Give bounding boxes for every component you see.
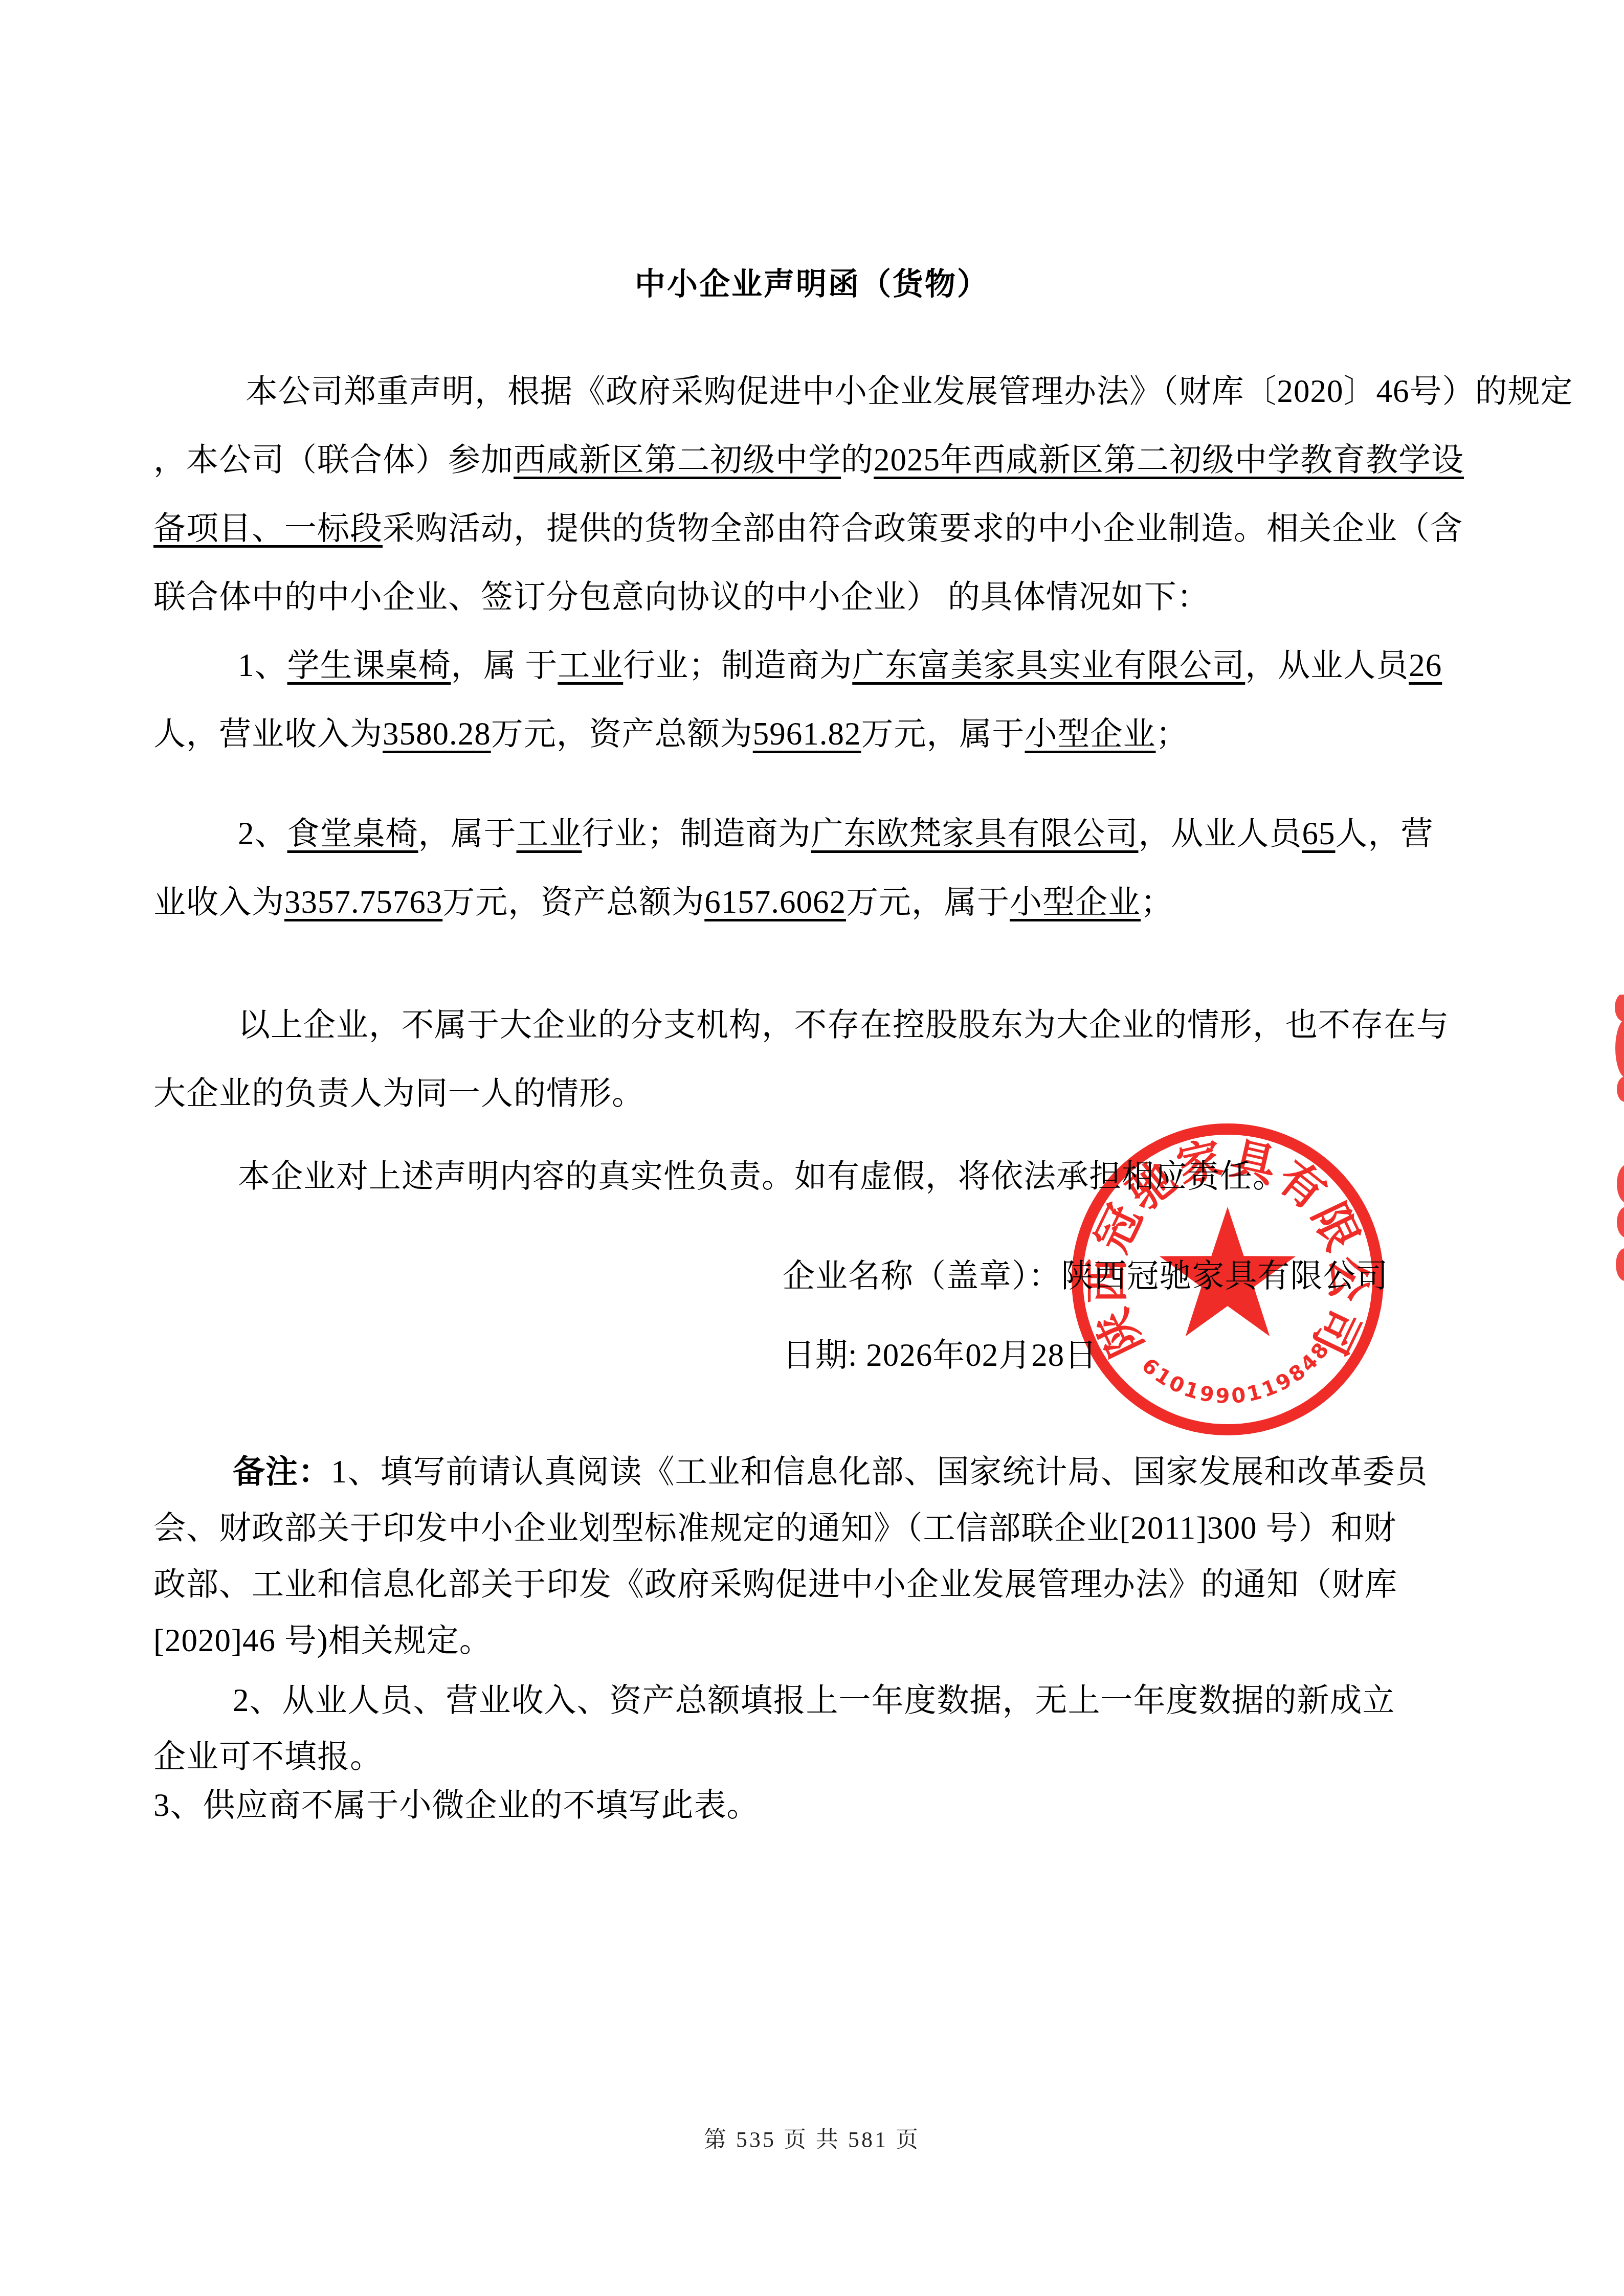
text-segment: 会、财政部关于印发中小企业划型标准规定的通知》（工信部联企业[2011]300 … — [153, 1510, 1396, 1546]
text-segment: 1、填写前请认真阅读《工业和信息化部、国家统计局、国家发展和改革委员 — [331, 1454, 1428, 1490]
text-segment: ，属于 — [418, 816, 517, 851]
text-line: 备项目、一标段采购活动，提供的货物全部由符合政策要求的中小企业制造。相关企业（含 — [153, 508, 1494, 549]
star-icon — [1160, 1207, 1296, 1336]
underlined-text: 3580.28 — [383, 716, 491, 752]
text-segment: 3、供应商不属于小微企业的不填写此表。 — [153, 1787, 760, 1823]
text-segment: 2、从业人员、营业收入、资产总额填报上一年度数据，无上一年度数据的新成立 — [233, 1682, 1395, 1718]
text-segment: 万元，属于 — [861, 716, 1025, 752]
underlined-text: 小型企业 — [1025, 716, 1156, 752]
text-segment: 人，营 — [1336, 816, 1434, 851]
underlined-text: 26 — [1409, 647, 1442, 683]
text-segment: 行业；制造商为 — [582, 816, 811, 851]
underlined-text: 广东富美家具实业有限公司 — [852, 647, 1245, 683]
text-segment: 以上企业，不属于大企业的分支机构，不存在控股股东为大企业的情形，也不存在与 — [238, 1007, 1449, 1043]
text-line: 政部、工业和信息化部关于印发《政府采购促进中小企业发展管理办法》的通知（财库 — [153, 1564, 1494, 1605]
text-line: 企业可不填报。 — [153, 1736, 1494, 1777]
text-segment: 万元，资产总额为 — [442, 884, 704, 920]
underlined-text: 学生课桌椅 — [287, 647, 451, 683]
text-segment: 政部、工业和信息化部关于印发《政府采购促进中小企业发展管理办法》的通知（财库 — [153, 1566, 1397, 1602]
underlined-text: 3357.75763 — [284, 884, 442, 920]
underlined-text: 工业 — [558, 647, 623, 683]
text-segment: ； — [1156, 716, 1189, 752]
underlined-text: 食堂桌椅 — [287, 816, 418, 851]
edge-seal-fragment — [1604, 995, 1624, 1281]
underlined-text: 小型企业 — [1010, 884, 1141, 920]
text-segment: ，从业人员 — [1245, 647, 1409, 683]
page: 中小企业声明函（货物） 本公司郑重声明，根据《政府采购促进中小企业发展管理办法》… — [0, 0, 1624, 2296]
text-segment: 大企业的负责人为同一人的情形。 — [153, 1075, 644, 1111]
text-line: ，本公司（联合体）参加西咸新区第二初级中学的2025年西咸新区第二初级中学教育教… — [153, 439, 1494, 480]
text-segment: 的 — [841, 442, 874, 478]
text-segment: [2020]46 号)相关规定。 — [153, 1623, 492, 1658]
page-number: 第 535 页 共 581 页 — [0, 2121, 1624, 2154]
text-segment: 联合体中的中小企业、签订分包意向协议的中小企业） 的具体情况如下： — [153, 579, 1210, 615]
underlined-text: 备项目、一标段 — [153, 510, 383, 546]
text-line: 联合体中的中小企业、签订分包意向协议的中小企业） 的具体情况如下： — [153, 576, 1494, 617]
text-segment: 万元，属于 — [846, 884, 1010, 920]
underlined-text: 广东欧梵家具有限公司 — [811, 816, 1139, 851]
text-line: [2020]46 号)相关规定。 — [153, 1620, 1494, 1661]
text-segment: 行业；制造商为 — [623, 647, 852, 683]
text-segment: 2、 — [238, 816, 287, 851]
text-line: 业收入为3357.75763万元，资产总额为6157.6062万元，属于小型企业… — [153, 882, 1494, 922]
text-segment: 采购活动，提供的货物全部由符合政策要求的中小企业制造。相关企业（含 — [383, 510, 1463, 546]
text-segment: ，从业人员 — [1139, 816, 1302, 851]
text-segment: 企业可不填报。 — [153, 1739, 383, 1774]
page-title: 中小企业声明函（货物） — [0, 260, 1624, 304]
text-line: 人，营业收入为3580.28万元，资产总额为5961.82万元，属于小型企业； — [153, 713, 1494, 754]
text-segment: ，本公司（联合体）参加 — [153, 442, 514, 478]
text-segment: ，属 于 — [451, 647, 558, 683]
text-segment: 1、 — [238, 647, 287, 683]
text-line: 以上企业，不属于大企业的分支机构，不存在控股股东为大企业的情形，也不存在与 — [153, 1004, 1494, 1045]
text-line: 本公司郑重声明，根据《政府采购促进中小企业发展管理办法》（财库〔2020〕46号… — [153, 371, 1494, 412]
text-segment: 备注： — [233, 1454, 331, 1490]
underlined-text: 工业 — [517, 816, 582, 851]
text-line: 1、学生课桌椅，属 于工业行业；制造商为广东富美家具实业有限公司，从业人员26 — [153, 645, 1494, 686]
text-line: 3、供应商不属于小微企业的不填写此表。 — [153, 1785, 1494, 1826]
text-segment: 人，营业收入为 — [153, 716, 383, 752]
text-segment: 本公司郑重声明，根据《政府采购促进中小企业发展管理办法》（财库〔2020〕46号… — [246, 373, 1573, 409]
text-segment: 万元，资产总额为 — [491, 716, 753, 752]
underlined-text: 西咸新区第二初级中学 — [514, 442, 841, 478]
underlined-text: 5961.82 — [753, 716, 861, 752]
underlined-text: 65 — [1302, 816, 1336, 851]
text-line: 会、财政部关于印发中小企业划型标准规定的通知》（工信部联企业[2011]300 … — [153, 1507, 1494, 1548]
text-line: 2、从业人员、营业收入、资产总额填报上一年度数据，无上一年度数据的新成立 — [153, 1680, 1494, 1721]
underlined-text: 2025年西咸新区第二初级中学教育教学设 — [874, 442, 1464, 478]
text-line: 2、食堂桌椅，属于工业行业；制造商为广东欧梵家具有限公司，从业人员65人，营 — [153, 813, 1494, 854]
text-segment: ； — [1141, 884, 1173, 920]
text-segment: 业收入为 — [153, 884, 284, 920]
company-seal: 陕西冠驰家具有限公司 6101990119848 — [1049, 1100, 1407, 1458]
underlined-text: 6157.6062 — [704, 884, 846, 920]
